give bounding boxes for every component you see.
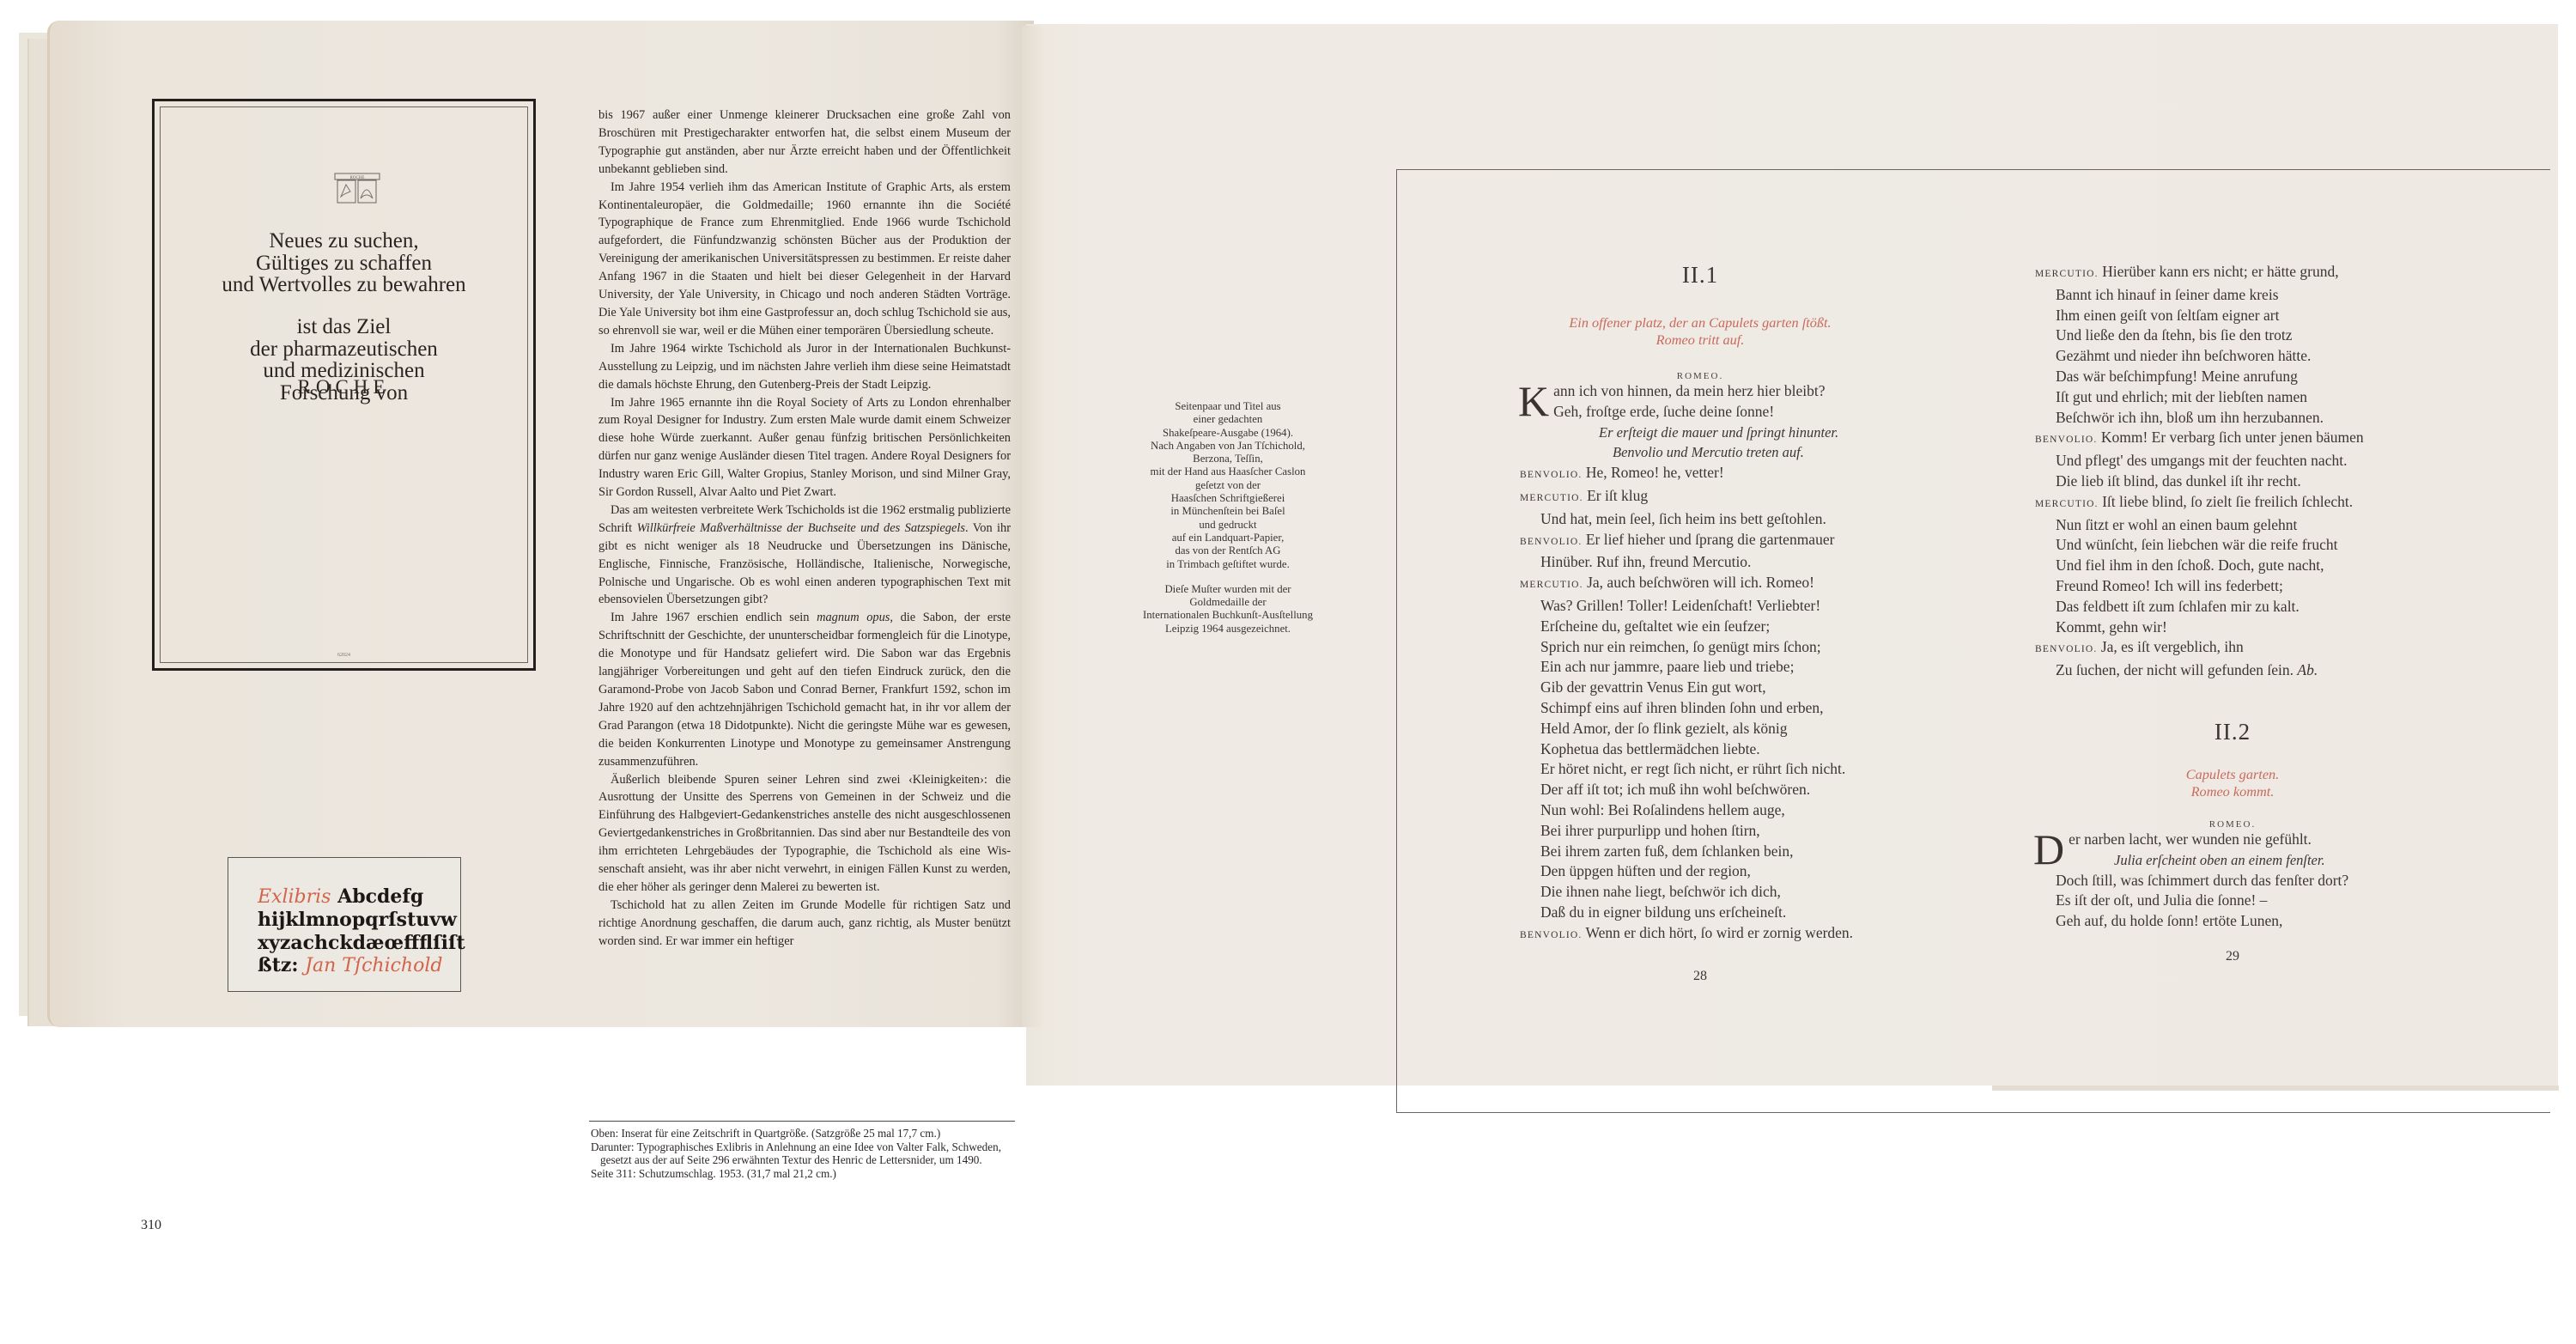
line-text: Bei ihrer purpurlipp und hohen ſtirn,: [1540, 822, 1760, 839]
verse-line: Erſcheine du, geſtaltet wie ein ſeufzer;: [1520, 617, 1880, 637]
speech-line: BENVOLIO. Wenn er dich hört, ſo wird er …: [1520, 923, 1880, 946]
verse-line: Kommt, gehn wir!: [2035, 617, 2430, 638]
verse-line: Und pflegt' des umgangs mit der feuchten…: [2035, 451, 2430, 471]
line-text: Die lieb iſt blind, das dunkel iſt ihr r…: [2056, 472, 2301, 490]
line-text: Und fiel ihm in den ſchoß. Doch, gute na…: [2056, 556, 2324, 574]
verse-line: Den üppgen hüften und der region,: [1520, 861, 1880, 882]
line-text: Bei ihrem zarten fuß, dem ſchlanken bein…: [1540, 842, 1793, 860]
line-text: Er iſt klug: [1583, 487, 1648, 504]
caption-line: in Trimbach geſtiftet wurde.: [1116, 558, 1340, 571]
line-text: Sprich nur ein reimchen, ſo genügt mirs …: [1540, 638, 1821, 655]
speech-line: MERCUTIO. Ja, auch beſchwören will ich. …: [1520, 573, 1880, 596]
verse-line: Nun wohl: Bei Roſalindens hellem auge,: [1520, 800, 1880, 821]
caption-line: und gedruckt: [1116, 519, 1340, 532]
side-caption-block: Dieſe Muſter wurden mit derGoldmedaille …: [1116, 583, 1340, 636]
exlibris-line: xyzachckdæœffflſiſt: [258, 932, 465, 954]
verse-line: Beſchwör ich ihn, bloß um ihn herzubanne…: [2035, 408, 2430, 429]
verse-line: Zu ſuchen, der nicht will gefunden ſein.…: [2035, 660, 2430, 681]
speaker-name: BENVOLIO.: [1520, 470, 1582, 480]
caption-line: Darunter: Typographisches Exlibris in An…: [591, 1140, 1015, 1167]
caption-line: auf ein Landquart-Papier,: [1116, 532, 1340, 544]
line-text: Kophetua das bettlermädchen liebte.: [1540, 740, 1760, 757]
caption-line: Nach Angaben von Jan Tſchichold,: [1116, 440, 1340, 453]
figure-captions: Oben: Inserat für eine Zeitschrift in Qu…: [591, 1127, 1015, 1180]
line-text: Ja, es iſt vergeblich, ihn: [2097, 638, 2243, 655]
book-title: Willkürfreie Maßverhältnisse der Buch­se…: [637, 521, 965, 535]
speech-line: MERCUTIO. Er iſt klug: [1520, 486, 1880, 509]
line-text: Benvolio und Mercutio treten auf.: [1613, 444, 1804, 460]
line-text: He, Romeo! he, vetter!: [1582, 464, 1723, 481]
line-text: Schimpf eins auf ihren blinden ſohn und …: [1540, 699, 1824, 716]
verse-line: Geh, froſtge erde, ſuche deine ſonne!: [1520, 402, 1880, 423]
caption-line: das von der Rentſch AG: [1116, 544, 1340, 557]
verse-line: Die lieb iſt blind, das dunkel iſt ihr r…: [2035, 471, 2430, 492]
stage-direction: Julia erſcheint oben an einem fenſter.: [2035, 850, 2430, 871]
line-text: Nun wohl: Bei Roſalindens hellem auge,: [1540, 801, 1785, 818]
caption-line: Shakeſpeare-Ausgabe (1964).: [1116, 427, 1340, 440]
exlibris-line: ßtz: Jan Tſchichold: [258, 954, 442, 976]
exlibris-line: hijklmnopqrſstuvw: [258, 909, 457, 931]
line-text: Und wünſcht, ſein liebchen wär die reife…: [2056, 536, 2337, 553]
body-paragraph: Im Jahre 1967 erschien endlich sein magn…: [598, 609, 1011, 770]
speech-line: MERCUTIO. Iſt liebe blind, ſo zielt ſie …: [2035, 492, 2430, 515]
exlibris-alphabet: Abcdefg: [337, 885, 423, 908]
verse-line: Er höret nicht, er regt ſich nicht, er r…: [1520, 759, 1880, 780]
exlibris-title: Exlibris: [258, 886, 331, 908]
caption-line: in Münchenſtein bei Baſel: [1116, 505, 1340, 518]
speech-line: BENVOLIO. Er lief hieher und ſprang die …: [1520, 530, 1880, 553]
speaker-name: MERCUTIO.: [2035, 499, 2099, 509]
verse-line: Und wünſcht, ſein liebchen wär die reife…: [2035, 535, 2430, 556]
crest-label: ROCHE: [350, 176, 365, 180]
verse-line: Was? Grillen! Toller! Leidenſchaft! Verl…: [1520, 596, 1880, 617]
advert-slogan: Neues zu suchen, Gültiges zu schaffen un…: [155, 230, 533, 296]
drop-cap: D: [2033, 831, 2064, 867]
line-text: Und hat, mein ſeel, ſich heim ins bett g…: [1540, 510, 1826, 527]
verse-line: Und ließe den da ſtehn, bis ſie den trot…: [2035, 325, 2430, 346]
line-text: Gezähmt und nieder ihn beſchworen hätte.: [2056, 347, 2311, 364]
caption-line: Seitenpaar und Titel aus: [1116, 400, 1340, 413]
line-text: Die ihnen nahe liegt, beſchwör ich dich,: [1540, 883, 1781, 900]
caption-line: Berzona, Teſſin,: [1116, 453, 1340, 465]
verse-line: Hinüber. Ruf ihn, freund Mercutio.: [1520, 552, 1880, 573]
body-paragraph: Im Jahre 1954 verlieh ihm das American I…: [598, 179, 1011, 340]
speech-line: BENVOLIO. Komm! Er verbarg ſich unter je…: [2035, 428, 2430, 451]
slogan-line: Gültiges zu schaffen: [155, 252, 533, 275]
line-text: Hinüber. Ruf ihn, freund Mercutio.: [1540, 553, 1751, 570]
slogan-line: Neues zu suchen,: [155, 230, 533, 252]
verse-line: Ein ach nur jammre, paare lieb und trieb…: [1520, 657, 1880, 678]
exlibris-plate: Exlibris Abcdefg hijklmnopqrſstuvw xyzac…: [228, 857, 461, 992]
line-text: Das feldbett iſt zum ſchlafen mir zu kal…: [2056, 598, 2300, 615]
verse-line: Bei ihrer purpurlipp und hohen ſtirn,: [1520, 821, 1880, 842]
stage-direction-red: Ein offener platz, der an Capulets garte…: [1520, 314, 1880, 331]
line-text: Erſcheine du, geſtaltet wie ein ſeufzer;: [1540, 617, 1770, 635]
speech-line: BENVOLIO. Ja, es iſt vergeblich, ihn: [2035, 637, 2430, 660]
verse-line: Der aff iſt tot; ich muß ihn wohl beſchw…: [1520, 780, 1880, 800]
exlibris-alphabet-end: ßtz:: [258, 954, 299, 976]
body-paragraph: Im Jahre 1965 ernannte ihn die Royal Soc…: [598, 394, 1011, 502]
verse-line: Gezähmt und nieder ihn beſchworen hätte.: [2035, 346, 2430, 367]
verse-line: Daß du in eigner bildung uns erſcheineſt…: [1520, 903, 1880, 923]
caption-line: Goldmedaille der: [1116, 596, 1340, 609]
verse-line: Das feldbett iſt zum ſchlafen mir zu kal…: [2035, 597, 2430, 617]
exlibris-owner: Jan Tſchichold: [305, 955, 442, 976]
line-text: Doch ſtill, was ſchimmert durch das fenſ…: [2056, 872, 2348, 889]
line-text: Geh auf, du holde ſonn! ertöte Lunen,: [2056, 912, 2282, 929]
verse-lines: MERCUTIO. Hierüber kann ers nicht; er hä…: [2035, 262, 2430, 681]
line-text: Und ließe den da ſtehn, bis ſie den trot…: [2056, 326, 2293, 344]
page-number: 310: [141, 1218, 161, 1233]
verse-lines: Der narben lacht, wer wunden nie gefühlt…: [2035, 830, 2430, 932]
verse-line: Kann ich von hinnen, da mein herz hier b…: [1520, 381, 1880, 402]
line-text: Er erſteigt die mauer und ſpringt hinunt…: [1599, 424, 1838, 441]
line-text: Iſt liebe blind, ſo zielt ſie freilich ſ…: [2099, 493, 2353, 510]
roche-advert: ROCHE Neues zu suchen, Gültiges zu schaf…: [152, 99, 536, 671]
speaker-name: BENVOLIO.: [2035, 644, 2097, 654]
specimen-page-29: MERCUTIO. Hierüber kann ers nicht; er hä…: [2035, 262, 2430, 964]
verse-line: Held Amor, der ſo flink gezielt, als kön…: [1520, 719, 1880, 739]
line-text: ann ich von hinnen, da mein herz hier bl…: [1553, 382, 1825, 399]
verse-line: Ihm einen geiſt von ſeltſam eigner art: [2035, 306, 2430, 326]
line-text: Bannt ich hinauf in ſeiner dame kreis: [2056, 286, 2279, 303]
speaker-name: MERCUTIO.: [1520, 580, 1583, 590]
verse-line: Es iſt der oſt, und Julia die ſonne! –: [2035, 891, 2430, 911]
exit-direction: Ab.: [2297, 661, 2318, 678]
slogan-line: und Wertvolles zu bewahren: [155, 274, 533, 296]
statement-line: der pharmazeutischen: [155, 338, 533, 361]
caption-line: Leipzig 1964 ausgezeichnet.: [1116, 623, 1340, 636]
roche-crest-icon: ROCHE: [331, 173, 383, 210]
line-text: Hierüber kann ers nicht; er hätte grund,: [2099, 263, 2339, 280]
line-text: Julia erſcheint oben an einem fenſter.: [2114, 852, 2325, 868]
line-text: Es iſt der oſt, und Julia die ſonne! –: [2056, 891, 2267, 909]
drop-cap: K: [1518, 383, 1549, 419]
side-caption: Seitenpaar und Titel auseiner gedachtenS…: [1116, 400, 1340, 636]
speaker-name: MERCUTIO.: [1520, 493, 1583, 503]
verse-line: Und fiel ihm in den ſchoß. Doch, gute na…: [2035, 556, 2430, 576]
caption-line: Haasſchen Schriftgießerei: [1116, 492, 1340, 505]
body-paragraph: Äußerlich bleibende Spuren seiner Lehren…: [598, 771, 1011, 897]
body-paragraph: Das am weitesten verbreitete Werk Tschic…: [598, 502, 1011, 609]
speaker-heading: ROMEO.: [1520, 371, 1880, 381]
advert-brand: ROCHE: [155, 376, 533, 398]
verse-line: Schimpf eins auf ihren blinden ſohn und …: [1520, 698, 1880, 719]
caption-line: mit der Hand aus Haasſcher Caslon: [1116, 465, 1340, 478]
caption-line: einer gedachten: [1116, 413, 1340, 426]
line-text: er narben lacht, wer wunden nie gefühlt.: [2069, 830, 2312, 848]
book-gutter: [1022, 26, 1046, 1027]
line-text: Beſchwör ich ihn, bloß um ihn herzubanne…: [2056, 409, 2324, 426]
verse-line: Kophetua das bettlermädchen liebte.: [1520, 739, 1880, 760]
line-text: Freund Romeo! Ich will ins federbett;: [2056, 577, 2283, 594]
line-text: Kommt, gehn wir!: [2056, 618, 2167, 636]
advert-code: 62024: [155, 653, 533, 658]
line-text: Der aff iſt tot; ich muß ihn wohl beſchw…: [1540, 781, 1810, 798]
verse-line: Geh auf, du holde ſonn! ertöte Lunen,: [2035, 911, 2430, 932]
speaker-name: BENVOLIO.: [1520, 537, 1582, 547]
verse-line: Doch ſtill, was ſchimmert durch das fenſ…: [2035, 871, 2430, 891]
verse-line: Bannt ich hinauf in ſeiner dame kreis: [2035, 285, 2430, 306]
line-text: Ihm einen geiſt von ſeltſam eigner art: [2056, 307, 2279, 324]
speech-line: MERCUTIO. Hierüber kann ers nicht; er hä…: [2035, 262, 2430, 285]
caption-line: Internationalen Buchkunſt-Ausſtellung: [1116, 609, 1340, 622]
speaker-name: MERCUTIO.: [2035, 269, 2099, 279]
specimen-page-28: II.1 Ein offener platz, der an Capulets …: [1520, 262, 1880, 984]
line-text: Den üppgen hüften und der region,: [1540, 862, 1751, 879]
caption-rule: [589, 1121, 1015, 1122]
line-text: Und pflegt' des umgangs mit der feuchten…: [2056, 452, 2347, 469]
verse-line: Freund Romeo! Ich will ins federbett;: [2035, 576, 2430, 597]
speech-line: BENVOLIO. He, Romeo! he, vetter!: [1520, 463, 1880, 486]
verse-line: Die ihnen nahe liegt, beſchwör ich dich,: [1520, 882, 1880, 903]
caption-line: geſetzt von der: [1116, 479, 1340, 492]
stage-direction-red: Romeo kommt.: [2035, 783, 2430, 800]
stage-direction: Benvolio und Mercutio treten auf.: [1520, 442, 1880, 463]
line-text: Gib der gevattrin Venus Ein gut wort,: [1540, 678, 1766, 696]
line-text: Geh, froſtge erde, ſuche deine ſonne!: [1553, 403, 1774, 420]
speaker-name: BENVOLIO.: [2035, 435, 2097, 445]
line-text: Daß du in eigner bildung uns erſcheineſt…: [1540, 903, 1786, 921]
speaker-heading: ROMEO.: [2035, 819, 2430, 830]
stage-direction-red: Capulets garten.: [2035, 766, 2430, 783]
body-paragraph: bis 1967 außer einer Unmenge kleinerer D…: [598, 106, 1011, 179]
spacer: [1116, 571, 1340, 583]
verse-line: Und hat, mein ſeel, ſich heim ins bett g…: [1520, 509, 1880, 530]
verse-line: Nun ſitzt er wohl an einen baum gelehnt: [2035, 515, 2430, 536]
speaker-name: BENVOLIO.: [1520, 930, 1582, 940]
line-text: Ja, auch beſchwören will ich. Romeo!: [1583, 574, 1814, 591]
verse-line: Gib der gevattrin Venus Ein gut wort,: [1520, 678, 1880, 698]
caption-line: Oben: Inserat für eine Zeitschrift in Qu…: [591, 1127, 1015, 1140]
stage-direction: Er erſteigt die mauer und ſpringt hinunt…: [1520, 423, 1880, 443]
verse-line: Das wär beſchimpfung! Meine anrufung: [2035, 367, 2430, 387]
paragraph-text: Im Jahre 1967 erschien endlich sein: [611, 611, 817, 624]
verse-lines: Kann ich von hinnen, da mein herz hier b…: [1520, 381, 1880, 946]
caption-line: Seite 311: Schutzumschlag. 1953. (31,7 m…: [591, 1167, 1015, 1181]
page-number: 28: [1520, 969, 1880, 984]
body-text-column: bis 1967 außer einer Unmenge kleinerer D…: [598, 106, 1011, 951]
line-text: Was? Grillen! Toller! Leidenſchaft! Verl…: [1540, 597, 1820, 614]
side-caption-block: Seitenpaar und Titel auseiner gedachtenS…: [1116, 400, 1340, 571]
line-text: Komm! Er verbarg ſich unter jenen bäumen: [2097, 429, 2363, 446]
line-text: Zu ſuchen, der nicht will gefunden ſein.: [2056, 661, 2297, 678]
body-paragraph: Im Jahre 1964 wirkte Tschichold als Juro…: [598, 340, 1011, 394]
act-heading: II.1: [1520, 262, 1880, 289]
emphasis: magnum opus: [817, 611, 890, 624]
line-text: Er lief hieher und ſprang die gartenmaue…: [1582, 531, 1834, 548]
exlibris-line: Exlibris Abcdefg: [258, 885, 423, 908]
verse-line: Bei ihrem zarten fuß, dem ſchlanken bein…: [1520, 842, 1880, 862]
line-text: Ein ach nur jammre, paare lieb und trieb…: [1540, 658, 1794, 675]
line-text: Iſt gut und ehrlich; mit der liebſten na…: [2056, 388, 2307, 405]
page-number: 29: [2035, 949, 2430, 964]
caption-line: Dieſe Muſter wurden mit der: [1116, 583, 1340, 596]
paragraph-text: , die Sabon, der erste Schriftschnitt de…: [598, 611, 1011, 768]
line-text: Nun ſitzt er wohl an einen baum gelehnt: [2056, 516, 2297, 533]
stage-direction-red: Romeo tritt auf.: [1520, 331, 1880, 349]
body-paragraph: Tschichold hat zu allen Zeiten im Grunde…: [598, 897, 1011, 951]
line-text: Held Amor, der ſo flink gezielt, als kön…: [1540, 720, 1788, 737]
act-heading: II.2: [2035, 719, 2430, 745]
verse-line: Sprich nur ein reimchen, ſo genügt mirs …: [1520, 637, 1880, 658]
statement-line: ist das Ziel: [155, 316, 533, 338]
verse-line: Der narben lacht, wer wunden nie gefühlt…: [2035, 830, 2430, 850]
verse-line: Iſt gut und ehrlich; mit der liebſten na…: [2035, 387, 2430, 408]
line-text: Das wär beſchimpfung! Meine anrufung: [2056, 368, 2298, 385]
line-text: Wenn er dich hört, ſo wird er zornig wer…: [1582, 924, 1853, 941]
line-text: Er höret nicht, er regt ſich nicht, er r…: [1540, 760, 1845, 777]
